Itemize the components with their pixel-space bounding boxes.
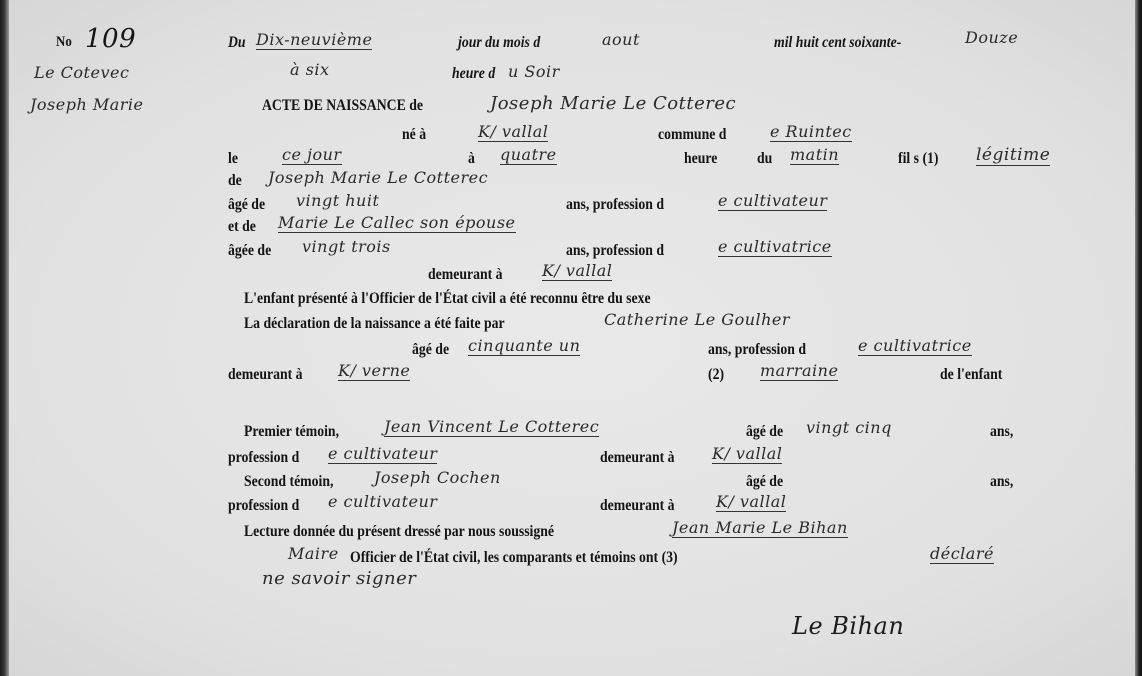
declared: déclaré [930, 544, 994, 564]
legitimacy: légitime [976, 145, 1050, 166]
sex-statement: L'enfant présenté à l'Officier de l'État… [244, 290, 651, 308]
mother-et-de-label: et de [228, 218, 256, 236]
first-witness-profession: e cultivateur [328, 444, 437, 464]
birth-heure-label: heure [684, 150, 717, 168]
first-witness-age-label: âgé de [746, 423, 783, 441]
page-binding-left [0, 0, 9, 676]
residence-label: demeurant à [428, 266, 503, 284]
first-witness-ans-label: ans, [990, 423, 1013, 441]
father-age-label: âgé de [228, 196, 265, 214]
declarant-relation: marraine [760, 361, 838, 381]
record-period: u Soir [508, 62, 560, 81]
officer-statement: Officier de l'État civil, les comparants… [350, 549, 678, 567]
fils-label: fil s (1) [898, 150, 939, 168]
mother-age-label: âgée de [228, 242, 271, 260]
declarant-name: Catherine Le Goulher [604, 310, 790, 329]
commune-label: commune d [658, 126, 726, 144]
record-number-label: No [56, 34, 72, 51]
declarant-profession-label: ans, profession d [708, 341, 806, 359]
birth-place: K/ vallal [478, 122, 548, 142]
father-name: Joseph Marie Le Cotterec [268, 168, 488, 187]
year-suffix: Douze [965, 28, 1018, 47]
second-witness-residence-label: demeurant à [600, 497, 675, 515]
father-profession: e cultivateur [718, 191, 827, 211]
record-number: 109 [85, 24, 136, 54]
acte-title: ACTE DE NAISSANCE de [262, 97, 423, 115]
le-label: le [228, 150, 238, 168]
declarant-relation-label: (2) [708, 366, 724, 384]
birth-du-label: du [757, 150, 772, 168]
first-witness-age: vingt cinq [806, 418, 892, 437]
second-witness-profession-label: profession d [228, 497, 299, 515]
father-profession-label: ans, profession d [566, 196, 664, 214]
second-witness-label: Second témoin, [244, 473, 333, 491]
first-witness-residence-label: demeurant à [600, 449, 675, 467]
year-label: mil huit cent soixante- [774, 34, 901, 52]
first-witness-profession-label: profession d [228, 449, 299, 467]
second-witness-profession: e cultivateur [328, 492, 437, 511]
second-witness-ans-label: ans, [990, 473, 1013, 491]
declarant-label: La déclaration de la naissance a été fai… [244, 315, 505, 333]
lecture-label: Lecture donnée du présent dressé par nou… [244, 523, 554, 541]
declarant-residence-label: demeurant à [228, 366, 303, 384]
birth-day: Dix-neuvième [256, 30, 372, 50]
birth-month: aout [602, 30, 640, 49]
officer-role: Maire [288, 544, 339, 563]
declarant-profession: e cultivatrice [858, 336, 972, 356]
first-witness-label: Premier témoin, [244, 423, 339, 441]
birth-date: ce jour [282, 145, 342, 165]
birth-period: matin [790, 145, 839, 165]
residence-place: K/ vallal [542, 261, 612, 281]
jour-label: jour du mois d [458, 34, 540, 52]
not-sign-statement: ne savoir signer [262, 568, 416, 589]
second-witness-name: Joseph Cochen [374, 468, 501, 487]
father-age: vingt huit [296, 191, 379, 210]
page-binding-right [1135, 0, 1142, 676]
first-witness-name: Jean Vincent Le Cotterec [384, 417, 599, 437]
heure-label: heure d [452, 65, 495, 83]
declarant-residence: K/ verne [338, 361, 410, 381]
a-label: à [468, 150, 475, 168]
mother-profession-label: ans, profession d [566, 242, 664, 260]
mother-name: Marie Le Callec son épouse [278, 213, 516, 233]
declarant-relation-suffix: de l'enfant [940, 366, 1002, 384]
ne-label: né à [402, 126, 426, 144]
birth-hour: quatre [500, 145, 557, 165]
second-witness-age-label: âgé de [746, 473, 783, 491]
record-hour: à six [290, 60, 329, 79]
first-witness-residence: K/ vallal [712, 444, 782, 464]
register-page: No 109 Le Cotevec Joseph Marie Du Dix-ne… [0, 0, 1142, 676]
declarant-age: cinquante un [468, 336, 580, 356]
officer-name: Jean Marie Le Bihan [672, 518, 848, 538]
declarant-age-label: âgé de [412, 341, 449, 359]
mother-profession: e cultivatrice [718, 237, 832, 257]
second-witness-residence: K/ vallal [716, 492, 786, 512]
officer-signature: Le Bihan [792, 612, 904, 640]
margin-surname: Le Cotevec [34, 63, 129, 82]
du-label: Du [228, 34, 246, 52]
child-name: Joseph Marie Le Cotterec [490, 93, 736, 114]
birth-commune: e Ruintec [770, 122, 852, 142]
father-de-label: de [228, 172, 242, 190]
margin-given-names: Joseph Marie [30, 95, 144, 114]
mother-age: vingt trois [302, 237, 391, 256]
